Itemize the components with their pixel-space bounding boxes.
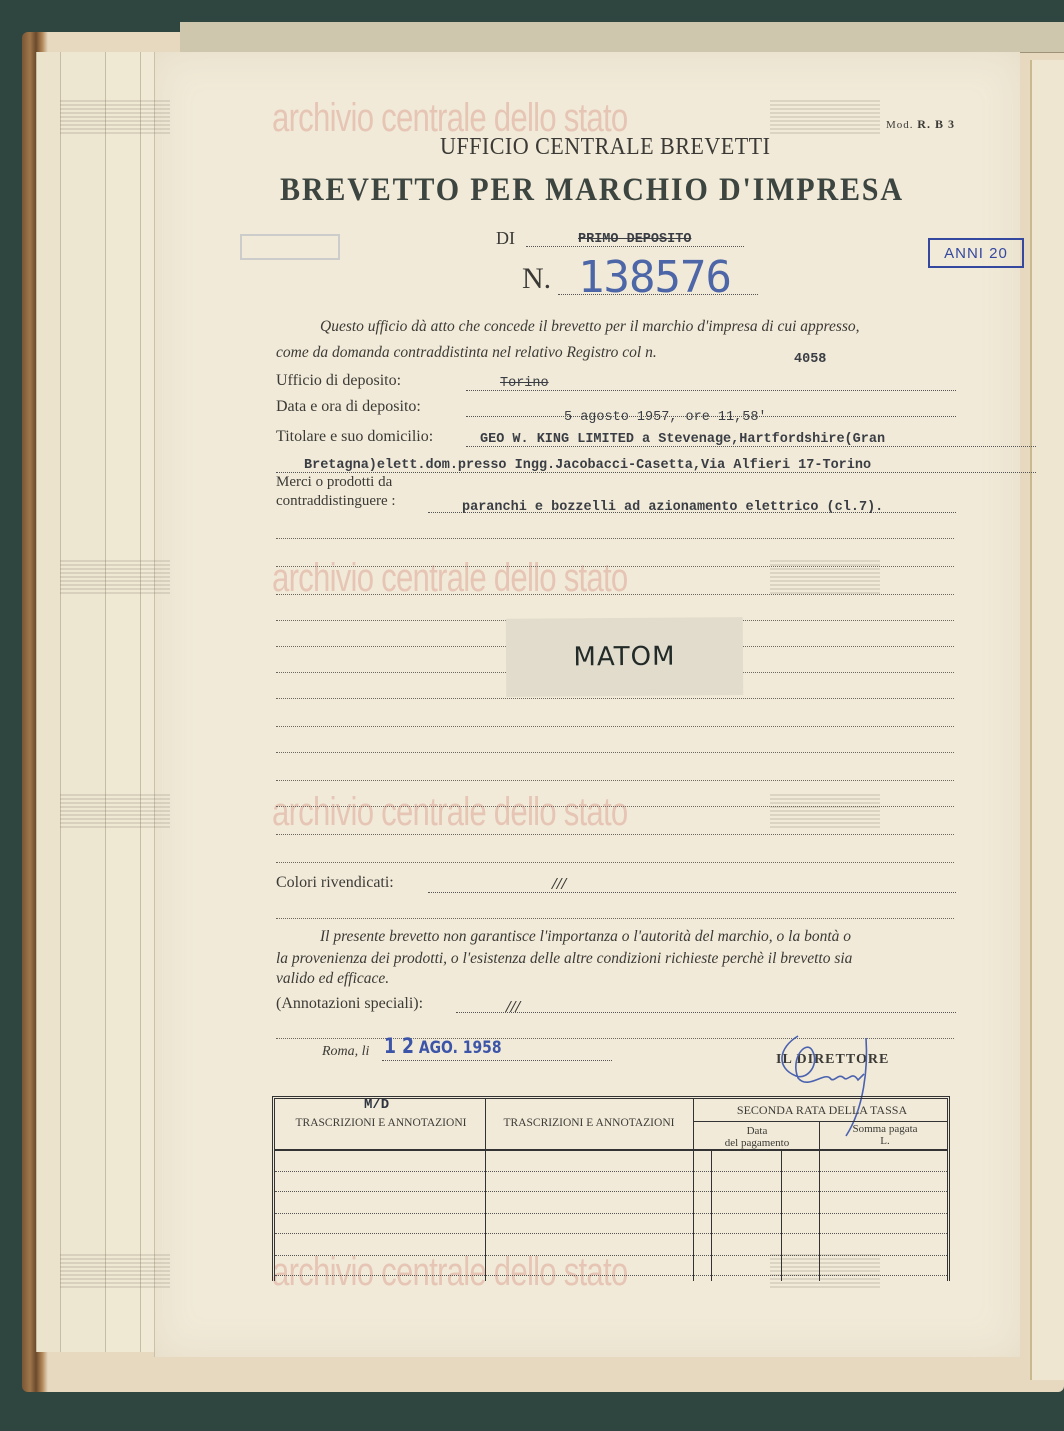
trademark-label: MATOM <box>506 617 744 697</box>
table-row-line <box>275 1191 947 1192</box>
ruled-line <box>276 566 954 567</box>
binder-spine-tape <box>180 22 1064 53</box>
field-label-data: Data e ora di deposito: <box>276 398 421 416</box>
field-value-data: 5 agosto 1957, ore 11,58' <box>564 410 767 425</box>
trademark-text: MATOM <box>573 642 675 673</box>
ruled-line <box>276 862 954 863</box>
register-number: 4058 <box>794 352 826 367</box>
field-label-ufficio: Ufficio di deposito: <box>276 372 401 390</box>
disclaimer-line-1: Il presente brevetto non garantisce l'im… <box>320 928 851 946</box>
column-header-somma: Somma pagataL. <box>821 1123 949 1147</box>
ghost-stamp <box>240 234 340 260</box>
di-label: DI <box>496 228 515 249</box>
anni-stamp: ANNI 20 <box>928 238 1024 268</box>
watermark-bars <box>60 560 170 596</box>
watermark-bars <box>60 1254 170 1290</box>
ruled-line <box>276 538 954 539</box>
office-heading: UFFICIO CENTRALE BREVETTI <box>440 134 770 161</box>
column-header-1: TRASCRIZIONI E ANNOTAZIONI <box>279 1117 483 1129</box>
ruled-line <box>276 918 954 919</box>
ruled-line <box>276 780 954 781</box>
next-page-edge <box>1030 60 1064 1380</box>
ruled-line <box>276 594 954 595</box>
disclaimer-line-3: valido ed efficace. <box>276 970 389 988</box>
intro-line-1: Questo ufficio dà atto che concede il br… <box>320 318 860 336</box>
watermark-bars <box>770 794 880 830</box>
watermark: archivio centrale dello stato <box>272 790 627 835</box>
md-mark: M/D <box>364 1097 389 1113</box>
field-label-merci: Merci o prodotti da <box>276 474 392 491</box>
colori-value: /// <box>552 874 566 894</box>
dotted-line <box>428 892 956 893</box>
field-value-ufficio: Torino <box>500 376 549 391</box>
watermark-bars <box>60 100 170 136</box>
column-header-2: TRASCRIZIONI E ANNOTAZIONI <box>489 1117 689 1129</box>
dotted-line <box>382 1060 612 1061</box>
document-title: BREVETTO PER MARCHIO D'IMPRESA <box>280 172 904 209</box>
field-label-merci-2: contraddistinguere : <box>276 493 396 510</box>
annotazioni-label: (Annotazioni speciali): <box>276 995 423 1013</box>
disclaimer-line-2: la provenienza dei prodotti, o l'esisten… <box>276 950 852 968</box>
ruled-line <box>276 752 954 753</box>
table-row-line <box>275 1233 947 1234</box>
field-value-titolare-cont: Bretagna)elett.dom.presso Ingg.Jacobacci… <box>304 458 871 473</box>
table-row-line <box>275 1255 947 1256</box>
table-header-rule <box>275 1149 947 1151</box>
table-row-line <box>275 1213 947 1214</box>
number-label: N. <box>522 262 551 296</box>
field-label-titolare: Titolare e suo domicilio: <box>276 428 433 446</box>
table-divider <box>819 1121 820 1281</box>
table-row-line <box>275 1171 947 1172</box>
watermark-bars <box>60 794 170 830</box>
ruled-line <box>276 806 954 807</box>
table-row-line <box>275 1275 947 1276</box>
model-code: Mod. R. B 3 <box>886 117 955 132</box>
patent-number: 138576 <box>578 252 731 303</box>
annotazioni-value: /// <box>506 997 520 1017</box>
watermark-bars <box>770 100 880 136</box>
column-group-header: SECONDA RATA DELLA TASSA <box>695 1103 949 1118</box>
intro-line-2: come da domanda contraddistinta nel rela… <box>276 344 657 362</box>
ruled-line <box>276 726 954 727</box>
di-value: PRIMO DEPOSITO <box>578 232 691 247</box>
table-divider <box>485 1099 486 1281</box>
field-value-merci: paranchi e bozzelli ad azionamento elett… <box>462 500 883 515</box>
transcriptions-table: TRASCRIZIONI E ANNOTAZIONI TRASCRIZIONI … <box>272 1096 950 1281</box>
table-divider <box>693 1099 694 1281</box>
colori-label: Colori rivendicati: <box>276 874 394 892</box>
date-stamp: 1 2 AGO. 1958 <box>384 1034 502 1058</box>
ruled-line <box>276 834 954 835</box>
place-label: Roma, li <box>322 1044 369 1060</box>
field-value-titolare: GEO W. KING LIMITED a Stevenage,Hartford… <box>480 432 885 447</box>
dotted-line <box>456 1012 956 1013</box>
ruled-line <box>276 698 954 699</box>
column-header-data: Datadel pagamento <box>695 1125 819 1149</box>
table-rule <box>693 1121 947 1122</box>
